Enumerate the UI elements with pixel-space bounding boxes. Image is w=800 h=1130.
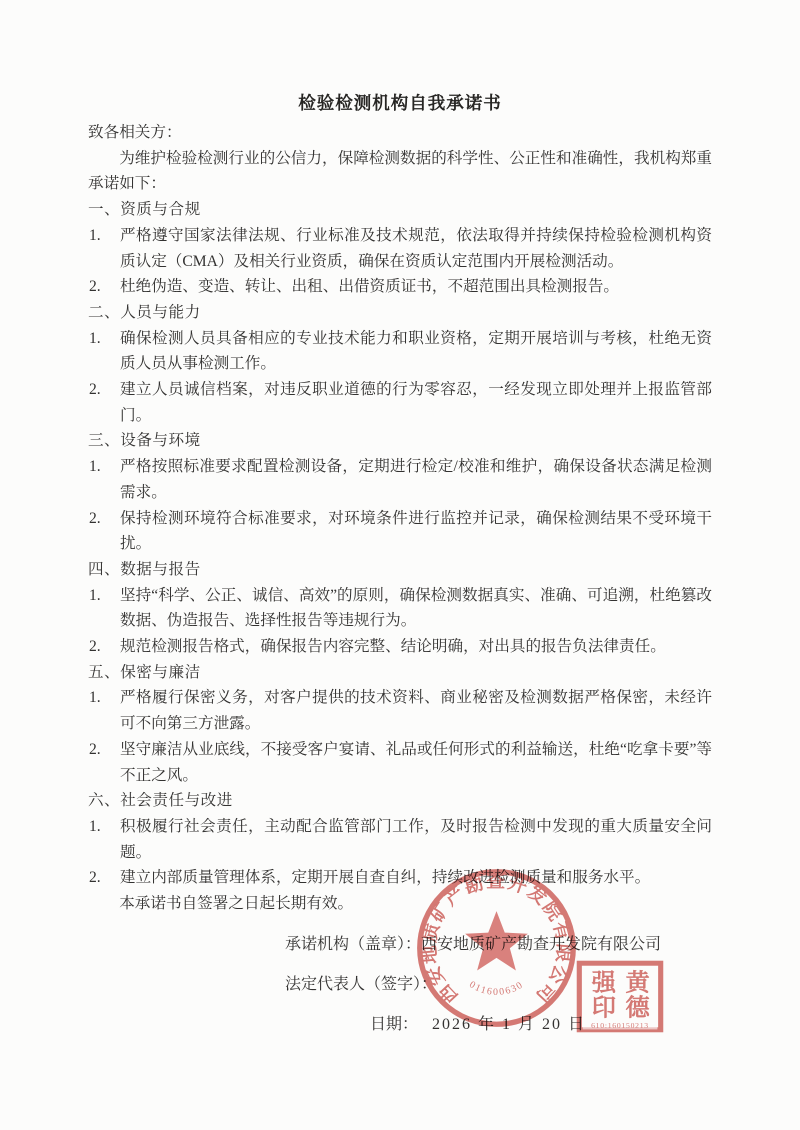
section-personnel: 二、人员与能力 确保检测人员具备相应的专业技术能力和职业资格，定期开展培训与考核… [88,300,712,429]
document-page: 检验检测机构自我承诺书 致各相关方： 为维护检验检测行业的公信力，保障检测数据的… [0,0,800,1130]
org-line: 承诺机构（盖章）：西安地质矿产勘查开发院有限公司 [285,925,712,965]
list-item: 坚持“科学、公正、诚信、高效”的原则，确保检测数据真实、准确、可追溯，杜绝篡改数… [88,583,712,634]
section-heading: 五、保密与廉洁 [88,660,712,686]
list-item: 保持检测环境符合标准要求，对环境条件进行监控并记录，确保检测结果不受环境干扰。 [88,506,712,557]
list-item: 建立人员诚信档案，对违反职业道德的行为零容忍，一经发现立即处理并上报监管部门。 [88,377,712,428]
list-item: 严格遵守国家法律法规、行业标准及技术规范，依法取得并持续保持检验检测机构资质认定… [88,223,712,274]
date-line: 日期：2026 年 1 月 20 日 [370,1005,712,1045]
list-item: 确保检测人员具备相应的专业技术能力和职业资格，定期开展培训与考核，杜绝无资质人员… [88,326,712,377]
org-name: 西安地质矿产勘查开发院有限公司 [421,936,661,953]
list-item: 坚守廉洁从业底线，不接受客户宴请、礼品或任何形式的利益输送，杜绝“吃拿卡要”等不… [88,737,712,788]
page-title: 检验检测机构自我承诺书 [88,90,712,116]
rep-label: 法定代表人（签字）： [285,976,437,993]
section-qualification: 一、资质与合规 严格遵守国家法律法规、行业标准及技术规范，依法取得并持续保持检验… [88,197,712,300]
date-label: 日期： [370,1016,418,1033]
intro-paragraph: 为维护检验检测行业的公信力，保障检测数据的科学性、公正性和准确性，我机构郑重承诺… [88,146,712,197]
section-data-report: 四、数据与报告 坚持“科学、公正、诚信、高效”的原则，确保检测数据真实、准确、可… [88,557,712,660]
section-equipment: 三、设备与环境 严格按照标准要求配置检测设备，定期进行检定/校准和维护，确保设备… [88,428,712,557]
section-responsibility: 六、社会责任与改进 积极履行社会责任，主动配合监管部门工作，及时报告检测中发现的… [88,788,712,891]
salutation: 致各相关方： [88,120,712,146]
validity-statement: 本承诺书自签署之日起长期有效。 [88,891,712,917]
section-heading: 三、设备与环境 [88,428,712,454]
list-item: 建立内部质量管理体系，定期开展自查自纠，持续改进检测质量和服务水平。 [88,865,712,891]
document-body: 检验检测机构自我承诺书 致各相关方： 为维护检验检测行业的公信力，保障检测数据的… [88,90,712,1045]
org-label: 承诺机构（盖章）： [285,936,421,953]
section-confidentiality: 五、保密与廉洁 严格履行保密义务，对客户提供的技术资料、商业秘密及检测数据严格保… [88,660,712,789]
list-item: 杜绝伪造、变造、转让、出租、出借资质证书，不超范围出具检测报告。 [88,274,712,300]
signature-block: 承诺机构（盖章）：西安地质矿产勘查开发院有限公司 法定代表人（签字）： 日期：2… [285,925,712,1045]
list-item: 规范检测报告格式，确保报告内容完整、结论明确，对出具的报告负法律责任。 [88,634,712,660]
list-item: 严格按照标准要求配置检测设备，定期进行检定/校准和维护，确保设备状态满足检测需求… [88,454,712,505]
section-heading: 一、资质与合规 [88,197,712,223]
rep-line: 法定代表人（签字）： [285,965,712,1005]
list-item: 积极履行社会责任，主动配合监管部门工作，及时报告检测中发现的重大质量安全问题。 [88,814,712,865]
section-heading: 四、数据与报告 [88,557,712,583]
section-heading: 二、人员与能力 [88,300,712,326]
section-heading: 六、社会责任与改进 [88,788,712,814]
date-value: 2026 年 1 月 20 日 [432,1016,586,1033]
list-item: 严格履行保密义务，对客户提供的技术资料、商业秘密及检测数据严格保密，未经许可不向… [88,685,712,736]
